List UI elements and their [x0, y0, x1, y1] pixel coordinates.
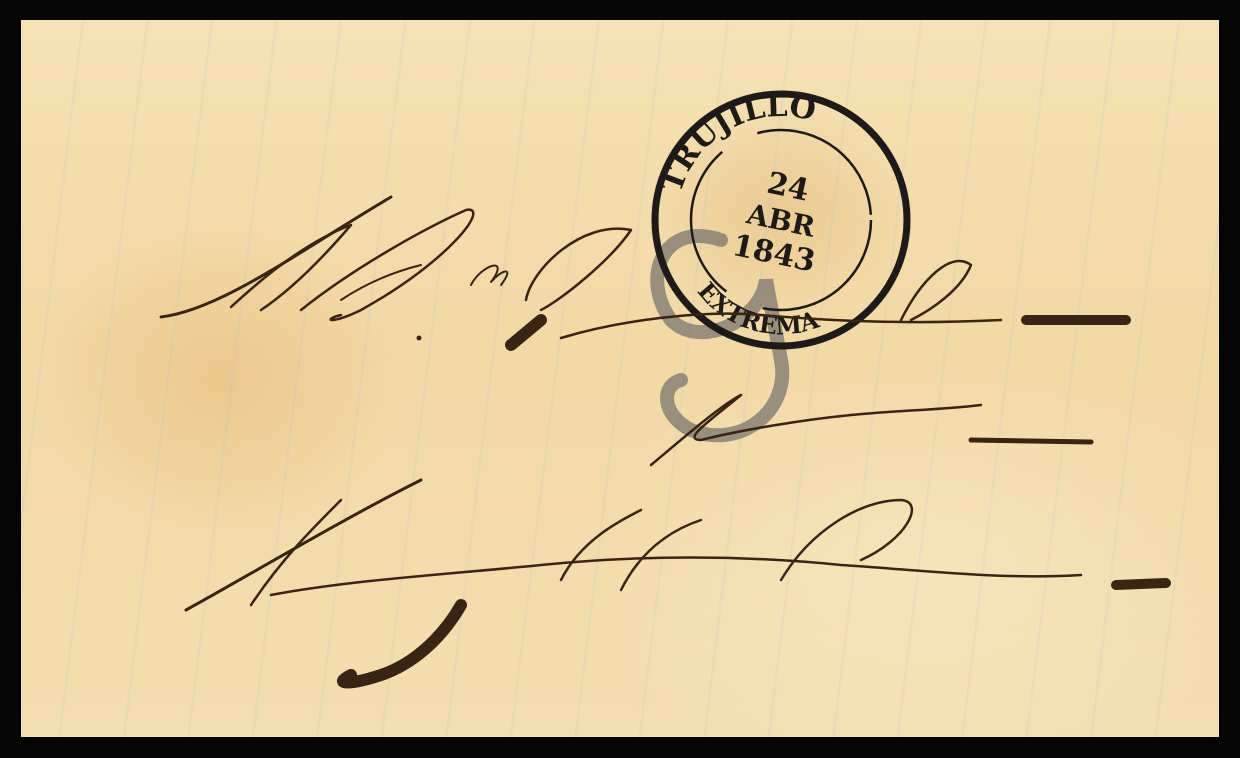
ink-layer: TRUJILLO EXTREMA 24 ABR 1843	[21, 20, 1219, 737]
handwriting-line-1	[161, 197, 1126, 345]
letter-paper: TRUJILLO EXTREMA 24 ABR 1843	[21, 20, 1219, 737]
handwriting-line-3	[186, 480, 1166, 683]
black-border-frame: TRUJILLO EXTREMA 24 ABR 1843	[0, 0, 1240, 758]
postmark-trujillo: TRUJILLO EXTREMA 24 ABR 1843	[654, 89, 907, 346]
